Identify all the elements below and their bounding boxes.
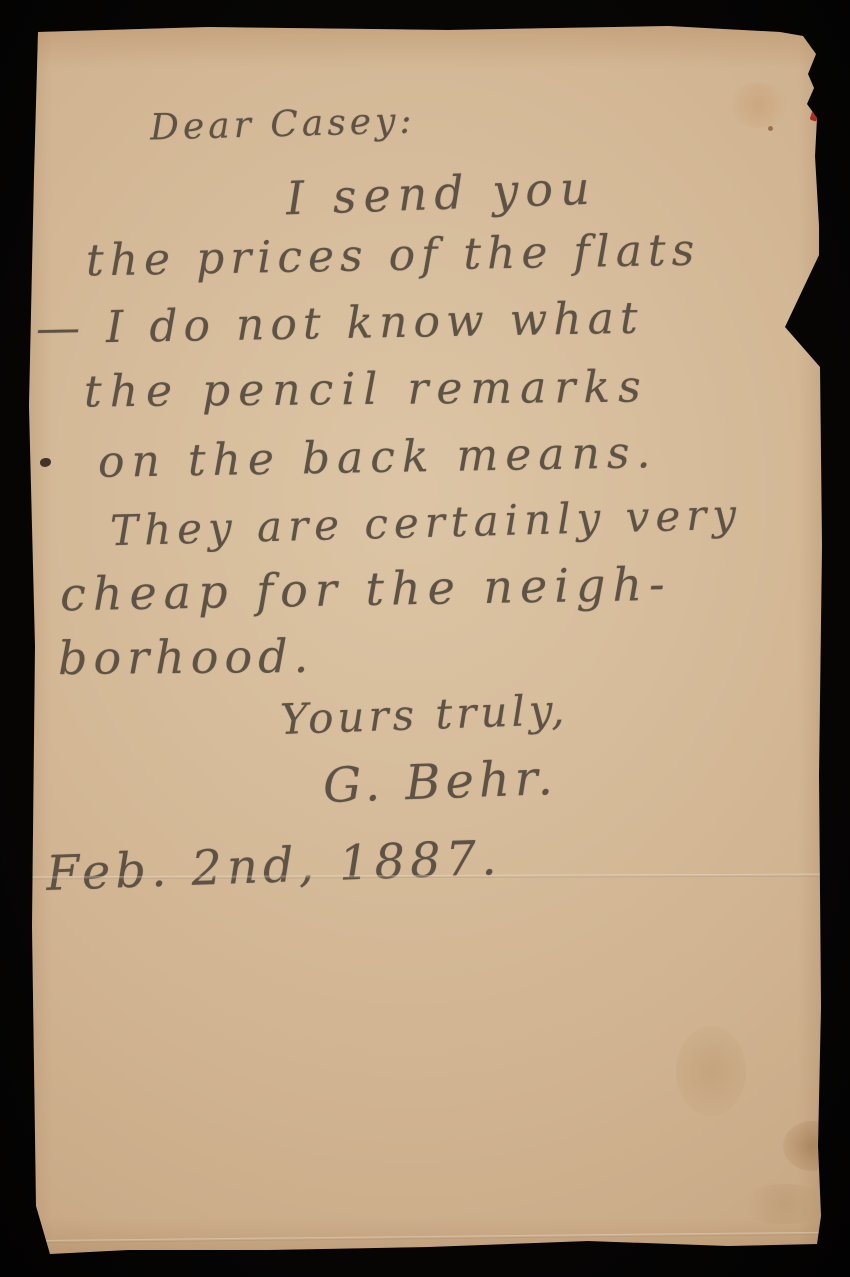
body-line: They are certainly very [109,490,742,556]
salutation-line: Dear Casey: [150,101,417,149]
body-line: on the back means. [98,427,658,488]
photo-background: Dear Casey: I send you the prices of the… [0,0,850,1277]
body-line: the prices of the flats [86,225,701,287]
closing-line: Yours truly, [279,685,569,744]
date-line: Feb. 2nd, 1887. [45,830,502,902]
body-line: cheap for the neigh- [60,557,672,622]
stain [740,1184,830,1224]
body-line: borhood. [58,629,315,685]
stain [676,1026,746,1116]
letter-paper: Dear Casey: I send you the prices of the… [28,26,822,1254]
red-paint-fleck [810,103,822,121]
signature-line: G. Behr. [322,750,558,814]
body-line: I send you [285,161,597,226]
paper-speck [40,458,51,467]
fold-crease [28,1232,822,1243]
stain [783,1121,841,1171]
paper-speck [768,126,773,131]
body-line: — I do not know what [36,293,644,355]
stain [728,82,788,128]
body-line: the pencil remarks [84,362,649,418]
